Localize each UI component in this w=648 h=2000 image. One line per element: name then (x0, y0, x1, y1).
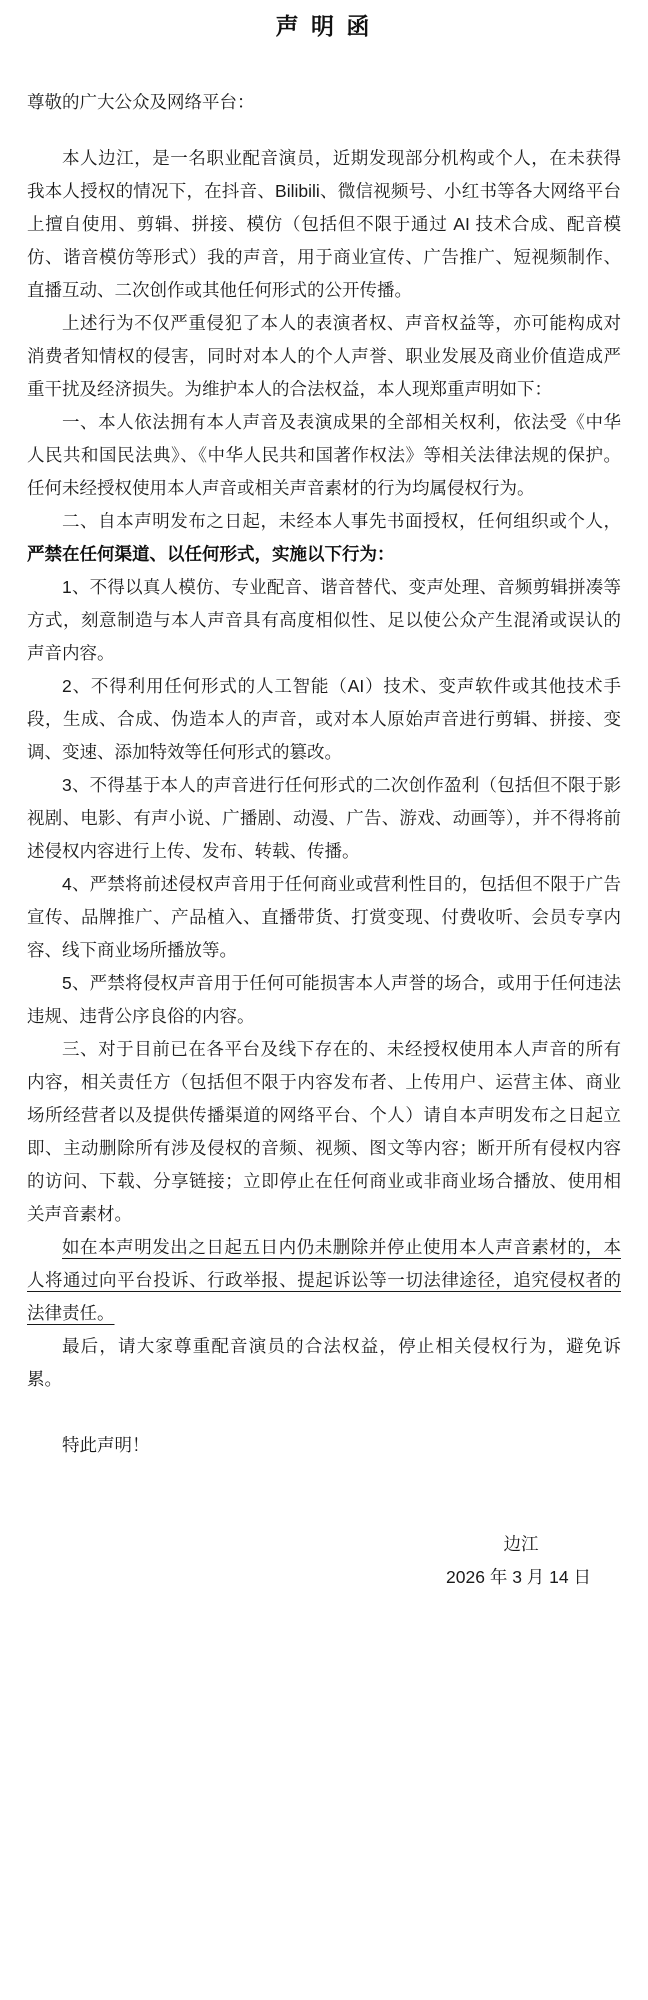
closing-statement: 特此声明！ (27, 1429, 621, 1462)
paragraph: 三、对于目前已在各平台及线下存在的、未经授权使用本人声音的所有内容，相关责任方（… (27, 1033, 621, 1231)
paragraph-segment: 上述行为不仅严重侵犯了本人的表演者权、声音权益等，亦可能构成对消费者知情权的侵害… (27, 313, 621, 399)
paragraph-segment: 如在本声明发出之日起五日内仍未删除并停止使用本人声音素材的，本人将通过向平台投诉… (27, 1237, 621, 1323)
paragraph: 一、本人依法拥有本人声音及表演成果的全部相关权利，依法受《中华人民共和国民法典》… (27, 406, 621, 505)
paragraph: 2、不得利用任何形式的人工智能（AI）技术、变声软件或其他技术手段，生成、合成、… (27, 670, 621, 769)
paragraph: 最后，请大家尊重配音演员的合法权益，停止相关侵权行为，避免诉累。 (27, 1330, 621, 1396)
paragraph: 二、自本声明发布之日起，未经本人事先书面授权，任何组织或个人，严禁在任何渠道、以… (27, 505, 621, 571)
paragraph: 4、严禁将前述侵权声音用于任何商业或营利性目的，包括但不限于广告宣传、品牌推广、… (27, 868, 621, 967)
paragraph-segment: 严禁在任何渠道、以任何形式，实施以下行为： (27, 544, 395, 564)
salutation: 尊敬的广大公众及网络平台： (27, 90, 621, 114)
signature-date: 2026 年 3 月 14 日 (446, 1561, 591, 1594)
signature-block: 边江 2026 年 3 月 14 日 (27, 1528, 621, 1594)
paragraph-segment: 4、严禁将前述侵权声音用于任何商业或营利性目的，包括但不限于广告宣传、品牌推广、… (27, 874, 621, 960)
paragraph: 5、严禁将侵权声音用于任何可能损害本人声誉的场合，或用于任何违法违规、违背公序良… (27, 967, 621, 1033)
paragraph-segment: 5、严禁将侵权声音用于任何可能损害本人声誉的场合，或用于任何违法违规、违背公序良… (27, 973, 621, 1026)
paragraph: 3、不得基于本人的声音进行任何形式的二次创作盈利（包括但不限于影视剧、电影、有声… (27, 769, 621, 868)
paragraph-segment: 3、不得基于本人的声音进行任何形式的二次创作盈利（包括但不限于影视剧、电影、有声… (27, 775, 621, 861)
paragraph-segment: 1、不得以真人模仿、专业配音、谐音替代、变声处理、音频剪辑拼凑等方式，刻意制造与… (27, 577, 621, 663)
paragraph: 上述行为不仅严重侵犯了本人的表演者权、声音权益等，亦可能构成对消费者知情权的侵害… (27, 307, 621, 406)
paragraph: 1、不得以真人模仿、专业配音、谐音替代、变声处理、音频剪辑拼凑等方式，刻意制造与… (27, 571, 621, 670)
statement-letter-page: 声 明 函 尊敬的广大公众及网络平台： 本人边江，是一名职业配音演员，近期发现部… (0, 0, 648, 2000)
paragraph-segment: 本人边江，是一名职业配音演员，近期发现部分机构或个人，在未获得我本人授权的情况下… (27, 148, 621, 300)
paragraph-segment: 二、自本声明发布之日起，未经本人事先书面授权，任何组织或个人， (62, 511, 621, 531)
paragraph: 本人边江，是一名职业配音演员，近期发现部分机构或个人，在未获得我本人授权的情况下… (27, 142, 621, 307)
document-title: 声 明 函 (27, 10, 621, 42)
paragraph-segment: 一、本人依法拥有本人声音及表演成果的全部相关权利，依法受《中华人民共和国民法典》… (27, 412, 621, 498)
paragraph-segment: 2、不得利用任何形式的人工智能（AI）技术、变声软件或其他技术手段，生成、合成、… (27, 676, 621, 762)
paragraph: 如在本声明发出之日起五日内仍未删除并停止使用本人声音素材的，本人将通过向平台投诉… (27, 1231, 621, 1330)
paragraph-segment: 最后，请大家尊重配音演员的合法权益，停止相关侵权行为，避免诉累。 (27, 1336, 621, 1389)
signature-name: 边江 (451, 1528, 591, 1561)
paragraph-segment: 三、对于目前已在各平台及线下存在的、未经授权使用本人声音的所有内容，相关责任方（… (27, 1039, 621, 1224)
document-body: 本人边江，是一名职业配音演员，近期发现部分机构或个人，在未获得我本人授权的情况下… (27, 142, 621, 1396)
